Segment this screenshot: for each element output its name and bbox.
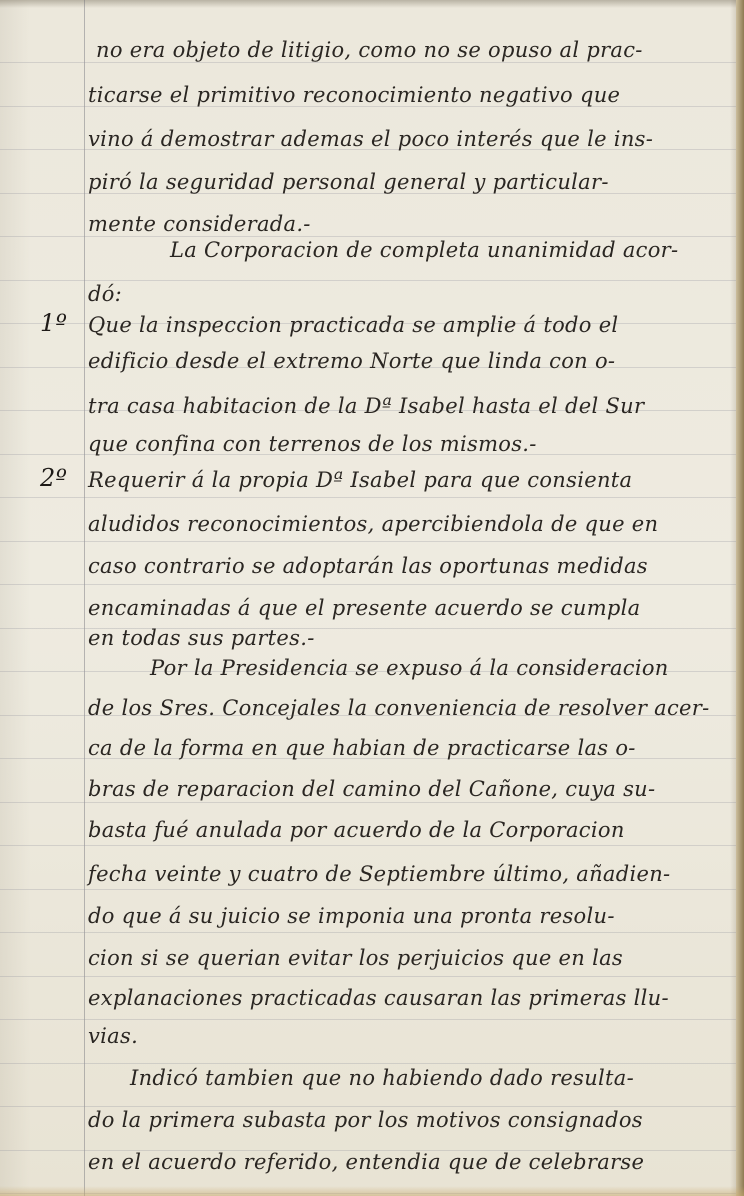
text-line: de los Sres. Concejales la conveniencia … <box>0 684 744 724</box>
line-text: fecha veinte y cuatro de Septiembre últi… <box>88 862 670 886</box>
text-line: 2ºRequerir á la propia Dª Isabel para qu… <box>0 456 744 496</box>
text-line: basta fué anulada por acuerdo de la Corp… <box>0 806 744 846</box>
text-line: en el acuerdo referido, entendia que de … <box>0 1138 744 1178</box>
item-number: 1º <box>40 309 67 337</box>
line-text: en el acuerdo referido, entendia que de … <box>88 1150 644 1174</box>
line-text: aludidos reconocimientos, apercibiendola… <box>88 512 658 536</box>
text-line: Indicó tambien que no habiendo dado resu… <box>0 1054 744 1094</box>
text-line: explanaciones practicadas causaran las p… <box>0 974 744 1014</box>
line-text: vino á demostrar ademas el poco interés … <box>88 127 653 151</box>
line-text: piró la seguridad personal general y par… <box>88 170 609 194</box>
text-line: aludidos reconocimientos, apercibiendola… <box>0 500 744 540</box>
text-line: Por la Presidencia se expuso á la consid… <box>0 644 744 684</box>
line-text: que confina con terrenos de los mismos.- <box>88 432 537 456</box>
line-text: ticarse el primitivo reconocimiento nega… <box>88 83 620 107</box>
page-top-shadow <box>0 0 744 8</box>
line-text: no era objeto de litigio, como no se opu… <box>96 38 643 62</box>
line-text: edificio desde el extremo Norte que lind… <box>88 349 615 373</box>
line-text: La Corporacion de completa unanimidad ac… <box>170 238 678 262</box>
text-line: piró la seguridad personal general y par… <box>0 158 744 198</box>
text-line: do que á su juicio se imponia una pronta… <box>0 892 744 932</box>
page-right-edge <box>736 0 744 1196</box>
line-text: basta fué anulada por acuerdo de la Corp… <box>88 818 625 842</box>
text-line: 1ºQue la inspeccion practicada se amplie… <box>0 301 744 341</box>
line-text: Indicó tambien que no habiendo dado resu… <box>130 1066 634 1090</box>
page-bottom-edge <box>0 1186 744 1196</box>
text-line: ticarse el primitivo reconocimiento nega… <box>0 71 744 111</box>
line-text: explanaciones practicadas causaran las p… <box>88 986 669 1010</box>
text-line: vias. <box>0 1012 744 1052</box>
line-text: tra casa habitacion de la Dª Isabel hast… <box>88 394 644 418</box>
line-text: do la primera subasta por los motivos co… <box>88 1108 643 1132</box>
text-line: fecha veinte y cuatro de Septiembre últi… <box>0 850 744 890</box>
text-line: no era objeto de litigio, como no se opu… <box>0 26 744 66</box>
text-line: tra casa habitacion de la Dª Isabel hast… <box>0 382 744 422</box>
text-line: ca de la forma en que habian de practica… <box>0 724 744 764</box>
line-text: Por la Presidencia se expuso á la consid… <box>150 656 669 680</box>
line-text: ca de la forma en que habian de practica… <box>88 736 636 760</box>
manuscript-page: no era objeto de litigio, como no se opu… <box>0 0 744 1196</box>
text-line: do la primera subasta por los motivos co… <box>0 1096 744 1136</box>
text-line: bras de reparacion del camino del Cañone… <box>0 765 744 805</box>
line-text: Que la inspeccion practicada se amplie á… <box>88 313 618 337</box>
text-line: vino á demostrar ademas el poco interés … <box>0 115 744 155</box>
text-line: que confina con terrenos de los mismos.- <box>0 420 744 460</box>
text-line: La Corporacion de completa unanimidad ac… <box>0 226 744 266</box>
line-text: vias. <box>88 1024 138 1048</box>
line-text: cion si se querian evitar los perjuicios… <box>88 946 623 970</box>
line-text: do que á su juicio se imponia una pronta… <box>88 904 615 928</box>
line-text: bras de reparacion del camino del Cañone… <box>88 777 655 801</box>
line-text: de los Sres. Concejales la conveniencia … <box>88 696 710 720</box>
line-text: caso contrario se adoptarán las oportuna… <box>88 554 648 578</box>
ruled-line <box>0 932 744 933</box>
ruled-line <box>0 497 744 498</box>
line-text: Requerir á la propia Dª Isabel para que … <box>88 468 632 492</box>
text-line: cion si se querian evitar los perjuicios… <box>0 934 744 974</box>
text-line: edificio desde el extremo Norte que lind… <box>0 337 744 377</box>
item-number: 2º <box>40 464 67 492</box>
text-line: caso contrario se adoptarán las oportuna… <box>0 542 744 582</box>
